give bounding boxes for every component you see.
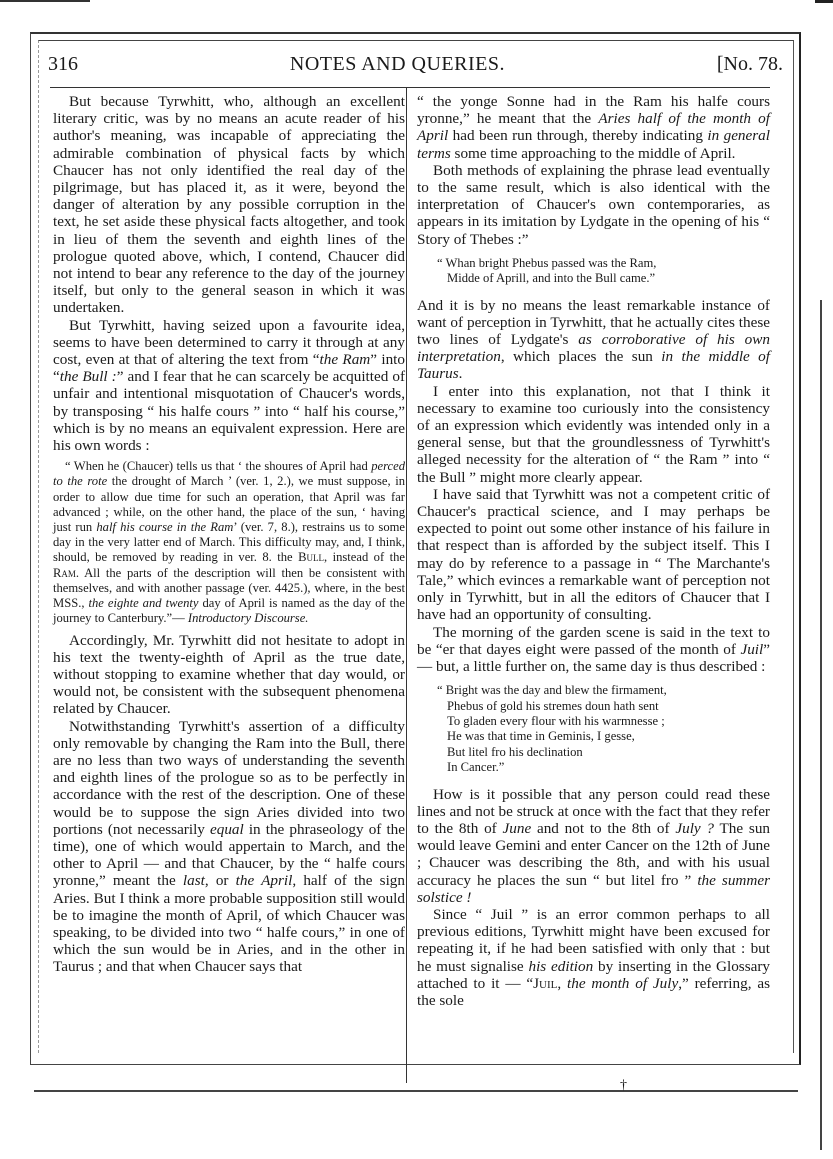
verse-line: Phebus of gold his stremes doun hath sen…: [437, 699, 770, 714]
running-header: 316 NOTES AND QUERIES. [No. 78.: [48, 53, 783, 81]
page-edge-mark: [0, 0, 90, 2]
page-edge: [820, 300, 822, 1150]
verse-line: “ Whan bright Phebus passed was the Ram,: [437, 256, 770, 271]
paragraph: But because Tyrwhitt, who, although an e…: [53, 93, 405, 317]
paragraph: Notwithstanding Tyrwhitt's assertion of …: [53, 718, 405, 976]
verse-line: Midde of Aprill, and into the Bull came.…: [437, 271, 770, 286]
paragraph: The morning of the garden scene is said …: [417, 624, 770, 676]
verse-quote: “ Whan bright Phebus passed was the Ram,…: [437, 256, 770, 287]
paragraph: I enter into this explanation, not that …: [417, 383, 770, 486]
issue-number: [No. 78.: [717, 53, 783, 76]
header-rule: [50, 87, 770, 88]
paragraph: Since “ Juil ” is an error common perhap…: [417, 906, 770, 1009]
verse-line: “ Bright was the day and blew the firmam…: [437, 683, 770, 698]
page-number: 316: [48, 53, 78, 76]
bottom-rule: [34, 1090, 798, 1092]
verse-line: In Cancer.”: [437, 760, 770, 775]
paragraph: I have said that Tyrwhitt was not a comp…: [417, 486, 770, 624]
paragraph: How is it possible that any person could…: [417, 786, 770, 906]
paragraph: And it is by no means the least remarkab…: [417, 297, 770, 383]
verse-line: But litel fro his declination: [437, 745, 770, 760]
verse-quote: “ Bright was the day and blew the firmam…: [437, 683, 770, 775]
left-column: But because Tyrwhitt, who, although an e…: [53, 93, 405, 976]
page-edge-mark: [815, 0, 833, 3]
signature-mark: †: [620, 1078, 627, 1094]
paragraph: Accordingly, Mr. Tyrwhitt did not hesita…: [53, 632, 405, 718]
paragraph: “ the yonge Sonne had in the Ram his hal…: [417, 93, 770, 162]
paragraph: But Tyrwhitt, having seized upon a favou…: [53, 317, 405, 455]
block-quote: “ When he (Chaucer) tells us that ‘ the …: [53, 459, 405, 626]
column-divider: [406, 88, 407, 1083]
verse-line: To gladen every flour with his warmnesse…: [437, 714, 770, 729]
quote-source: Introductory Discourse.: [188, 611, 309, 625]
verse-line: He was that time in Geminis, I gesse,: [437, 729, 770, 744]
journal-title: NOTES AND QUERIES.: [290, 53, 505, 76]
right-column: “ the yonge Sonne had in the Ram his hal…: [417, 93, 770, 1009]
paragraph: Both methods of explaining the phrase le…: [417, 162, 770, 248]
